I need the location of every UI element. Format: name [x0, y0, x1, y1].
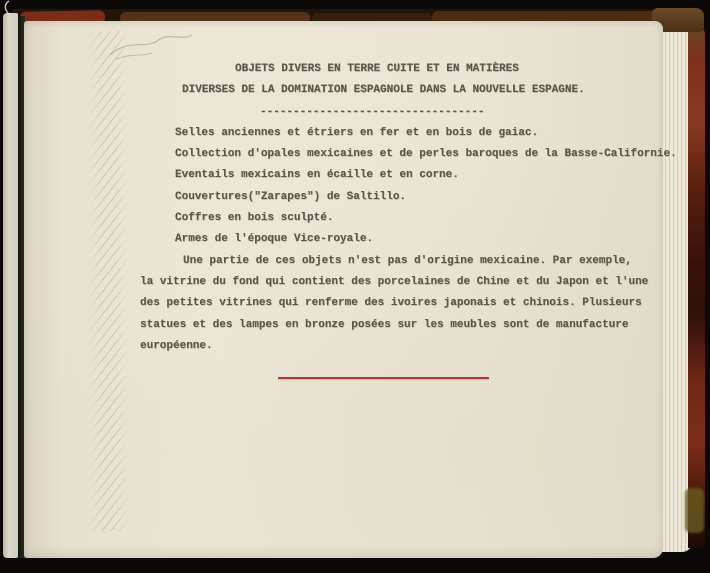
book-cover-right-edge: [688, 28, 705, 548]
list-item: Collection d'opales mexicaines et de per…: [140, 144, 663, 165]
list-item: Eventails mexicains en écaille et en cor…: [140, 165, 663, 186]
document-title-line-2: DIVERSES DE LA DOMINATION ESPAGNOLE DANS…: [140, 80, 663, 101]
title-divider: ----------------------------------: [140, 102, 663, 123]
gutter-page-stubs: [88, 31, 128, 531]
list-item: Armes de l'époque Vice-royale.: [140, 229, 663, 250]
document-title-line-1: OBJETS DIVERS EN TERRE CUITE ET EN MATIÈ…: [140, 59, 663, 80]
list-item: Coffres en bois sculpté.: [140, 208, 663, 229]
album-page: OBJETS DIVERS EN TERRE CUITE ET EN MATIÈ…: [24, 21, 663, 558]
paragraph-line: statues et des lampes en bronze posées s…: [140, 315, 663, 336]
facing-page-edge: [3, 13, 18, 558]
list-item: Couvertures("Zarapes") de Saltillo.: [140, 187, 663, 208]
red-underline: [278, 377, 489, 379]
scanned-album-photo: { "document": { "title_line1": "OBJETS D…: [0, 0, 710, 573]
page-stack-edge: [658, 24, 692, 552]
book-scan: OBJETS DIVERS EN TERRE CUITE ET EN MATIÈ…: [0, 0, 710, 573]
paragraph-line: Une partie de ces objets n'est pas d'ori…: [140, 251, 663, 272]
paragraph-line: des petites vitrines qui renferme des iv…: [140, 293, 663, 314]
worn-leather-patch: [685, 488, 704, 533]
paragraph-line: européenne.: [140, 336, 663, 357]
list-item: Selles anciennes et étriers en fer et en…: [140, 123, 663, 144]
paragraph-line: la vitrine du fond qui contient des porc…: [140, 272, 663, 293]
typewritten-text: OBJETS DIVERS EN TERRE CUITE ET EN MATIÈ…: [140, 59, 663, 357]
